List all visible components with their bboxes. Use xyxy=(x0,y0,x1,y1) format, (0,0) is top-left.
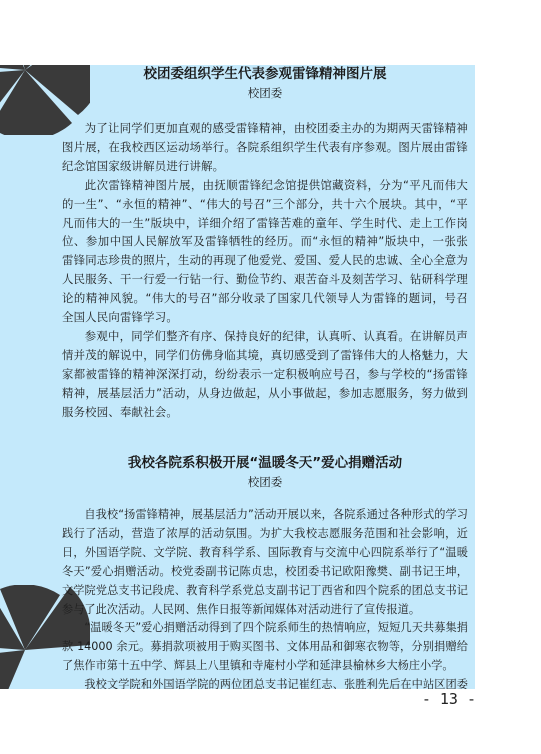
article-author: 校团委 xyxy=(62,474,468,490)
article-author: 校团委 xyxy=(62,85,468,101)
article-warm-winter-donation: 我校各院系积极开展“温暖冬天”爱心捐赠活动 校团委 自我校“扬雷锋精神，展基层活… xyxy=(62,454,468,689)
article-title: 校团委组织学生代表参观雷锋精神图片展 xyxy=(62,65,468,83)
paragraph: 为了让同学们更加直观的感受雷锋精神，由校团委主办的为期两天雷锋精神图片展，在我校… xyxy=(62,119,468,176)
paragraph: 参观中，同学们整齐有序、保持良好的纪律，认真听、认真看。在讲解员声情并茂的解说中… xyxy=(62,327,468,422)
paragraph: 自我校“扬雷锋精神，展基层活力”活动开展以来，各院系通过各种形式的学习践行了活动… xyxy=(62,506,468,619)
article-lei-feng-exhibition: 校团委组织学生代表参观雷锋精神图片展 校团委 为了让同学们更加直观的感受雷锋精神… xyxy=(62,65,468,422)
content-panel: 校团委组织学生代表参观雷锋精神图片展 校团委 为了让同学们更加直观的感受雷锋精神… xyxy=(0,65,475,689)
paragraph: 此次雷锋精神图片展，由抚顺雷锋纪念馆提供馆藏资料，分为“平凡而伟大的一生”、“永… xyxy=(62,176,468,327)
paragraph: 我校文学院和外国语学院的两位团总支书记崔红志、张胜利先后在中站区团委挂 xyxy=(62,676,468,689)
document-page: 校团委组织学生代表参观雷锋精神图片展 校团委 为了让同学们更加直观的感受雷锋精神… xyxy=(0,0,541,754)
article-title: 我校各院系积极开展“温暖冬天”爱心捐赠活动 xyxy=(62,454,468,472)
article-body: 为了让同学们更加直观的感受雷锋精神，由校团委主办的为期两天雷锋精神图片展，在我校… xyxy=(62,119,468,422)
page-number: - 13 - xyxy=(420,690,476,708)
article-body: 自我校“扬雷锋精神，展基层活力”活动开展以来，各院系通过各种形式的学习践行了活动… xyxy=(62,506,468,689)
paragraph: “温暖冬天”爱心捐赠活动得到了四个院系师生的热情响应，短短几天共募集捐款 140… xyxy=(62,619,468,676)
